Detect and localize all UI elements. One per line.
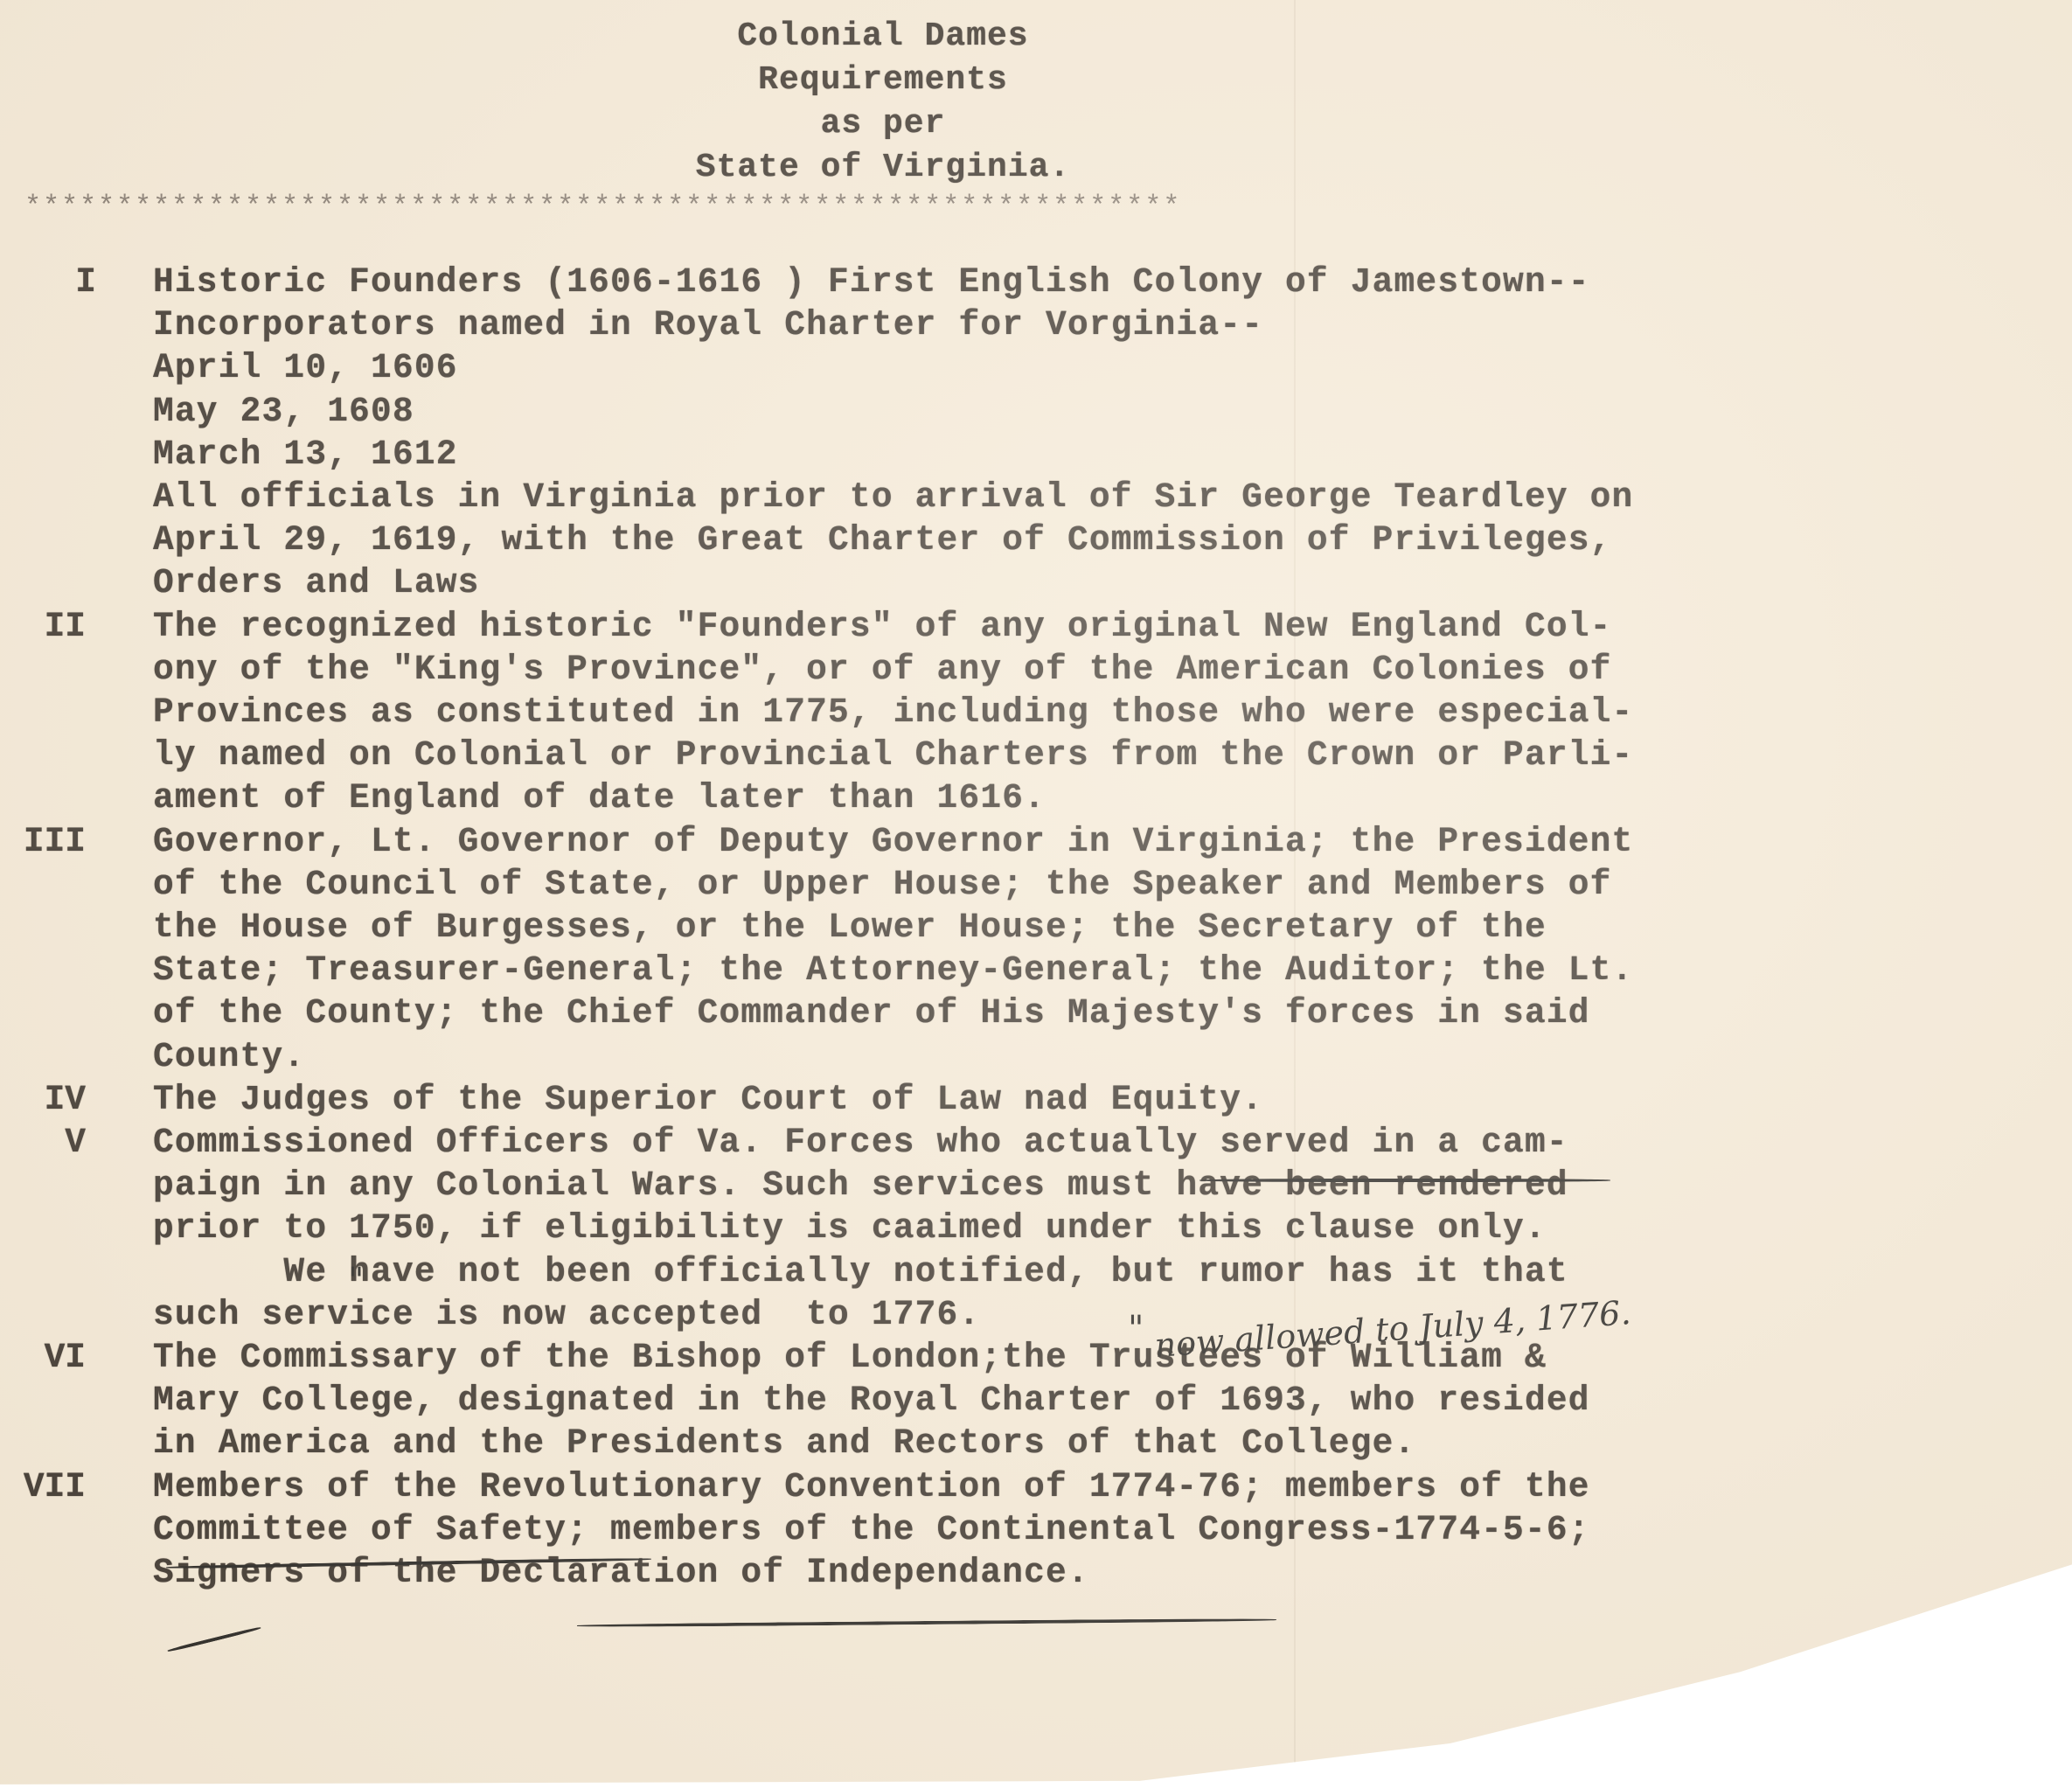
paper-sheet: Colonial Dames Requirements as per State… <box>0 0 2072 1788</box>
underline-signers <box>167 1626 261 1652</box>
section-numeral: II <box>0 607 86 646</box>
section-line: of the Council of State, or Upper House;… <box>153 865 1612 904</box>
section-line: Historic Founders (1606-1616 ) First Eng… <box>153 262 1590 302</box>
underline-actually-served <box>1199 1179 1610 1182</box>
paper-crease <box>1294 0 1296 1788</box>
section-line: April 29, 1619, with the Great Charter o… <box>153 520 1612 560</box>
section-numeral: III <box>0 822 86 861</box>
section-line: ament of England of date later than 1616… <box>153 778 1046 817</box>
section-line: Signers of the Declaration of Independan… <box>153 1553 1089 1592</box>
section-numeral: IV <box>0 1080 86 1119</box>
section-line: the House of Burgesses, or the Lower Hou… <box>153 908 1547 947</box>
section-line: Members of the Revolutionary Convention … <box>153 1467 1590 1506</box>
section-line: The Commissary of the Bishop of London;t… <box>153 1338 1547 1377</box>
section-line: The recognized historic "Founders" of an… <box>153 607 1612 646</box>
section-line: April 10, 1606 <box>153 348 458 387</box>
title-line-4: State of Virginia. <box>0 149 1766 186</box>
section-line: such service is now accepted to 1776. <box>153 1295 980 1334</box>
section-numeral: I <box>0 262 96 302</box>
section-line: prior to 1750, if eligibility is caaimed… <box>153 1208 1547 1248</box>
section-line: Orders and Laws <box>153 563 480 602</box>
section-line: We have not been officially notified, bu… <box>153 1252 1568 1291</box>
handwritten-quote-close: " <box>1128 1309 1144 1349</box>
section-line: Incorporators named in Royal Charter for… <box>153 305 1263 344</box>
section-line: Provinces as constituted in 1775, includ… <box>153 692 1633 732</box>
title-line-1: Colonial Dames <box>0 17 1766 55</box>
section-line: paign in any Colonial Wars. Such service… <box>153 1165 1568 1205</box>
section-line: County. <box>153 1037 305 1076</box>
asterisk-separator: ****************************************… <box>24 191 1948 223</box>
underline-committee-of-safety <box>166 1557 651 1569</box>
underline-declaration <box>577 1618 1276 1628</box>
section-line: in America and the Presidents and Rector… <box>153 1423 1415 1463</box>
section-line: ony of the "King's Province", or of any … <box>153 650 1612 689</box>
title-line-3: as per <box>0 105 1766 143</box>
section-line: Commissioned Officers of Va. Forces who … <box>153 1123 1568 1162</box>
section-numeral: VII <box>0 1467 86 1506</box>
section-line: ly named on Colonial or Provincial Chart… <box>153 735 1633 775</box>
title-line-2: Requirements <box>0 61 1766 99</box>
section-line: State; Treasurer-General; the Attorney-G… <box>153 950 1633 990</box>
section-line: March 13, 1612 <box>153 435 458 474</box>
section-line: Governor, Lt. Governor of Deputy Governo… <box>153 822 1633 861</box>
handwritten-quote-open: " <box>348 1261 364 1301</box>
section-numeral: V <box>0 1123 86 1162</box>
section-line: May 23, 1608 <box>153 392 414 431</box>
section-line: All officials in Virginia prior to arriv… <box>153 477 1633 517</box>
section-line: Committee of Safety; members of the Cont… <box>153 1510 1590 1549</box>
handwritten-note: now allowed to July 4, 1776. <box>1153 1293 1632 1365</box>
section-numeral: VI <box>0 1338 86 1377</box>
section-line: of the County; the Chief Commander of Hi… <box>153 993 1590 1033</box>
section-line: The Judges of the Superior Court of Law … <box>153 1080 1263 1119</box>
section-line: Mary College, designated in the Royal Ch… <box>153 1381 1590 1420</box>
